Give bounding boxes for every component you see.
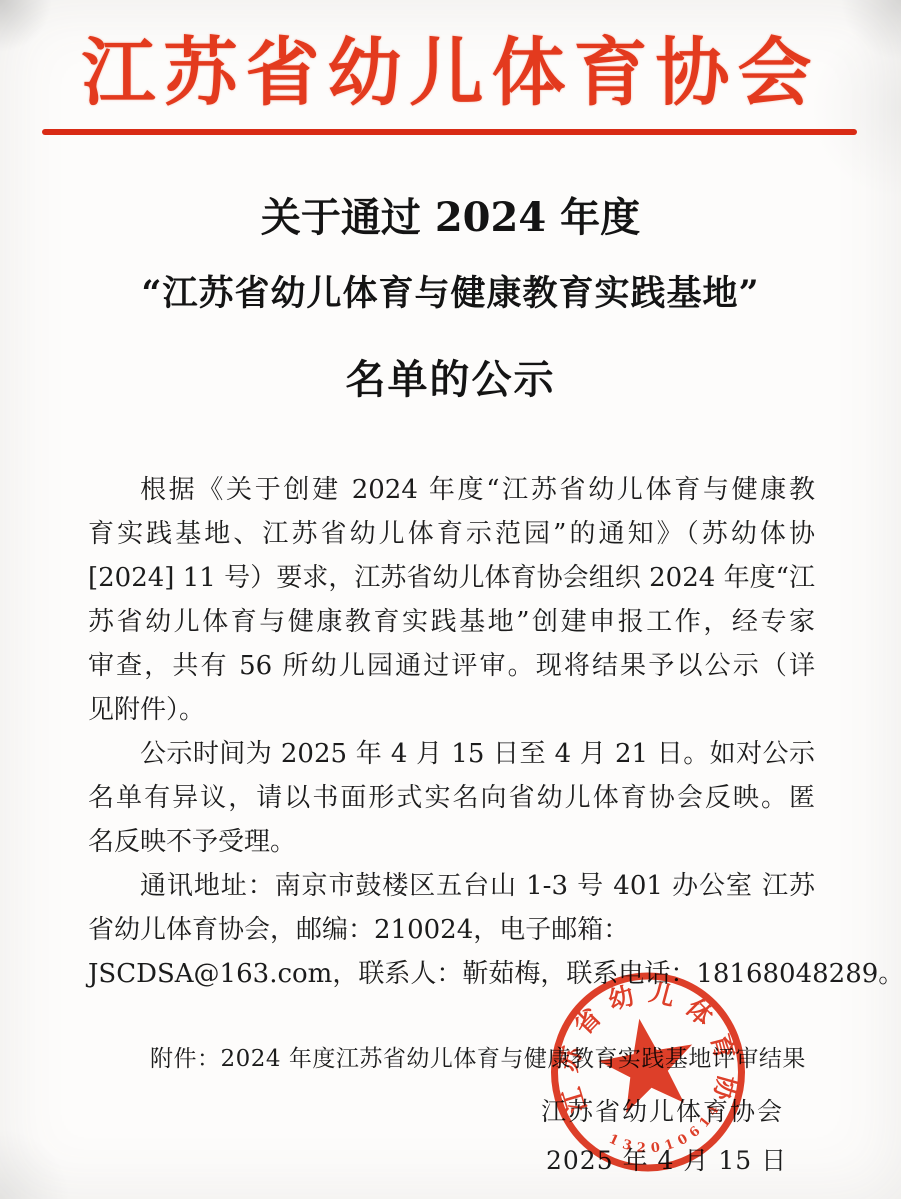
body-line: 公示时间为 2025 年 4 月 15 日至 4 月 21 日。如对公示 bbox=[88, 732, 815, 776]
body-line: 根据《关于创建 2024 年度“江苏省幼儿体育与健康教 bbox=[88, 468, 815, 512]
body-text: 根据《关于创建 2024 年度“江苏省幼儿体育与健康教 育实践基地、江苏省幼儿体… bbox=[88, 468, 815, 996]
letterhead-rule bbox=[42, 129, 857, 135]
doc-title-line-2: “江苏省幼儿体育与健康教育实践基地” bbox=[0, 266, 901, 316]
body-line: [2024] 11 号）要求，江苏省幼儿体育协会组织 2024 年度“江 bbox=[88, 556, 815, 600]
paragraph-publicity-period: 公示时间为 2025 年 4 月 15 日至 4 月 21 日。如对公示 名单有… bbox=[88, 732, 815, 864]
body-line: 见附件）。 bbox=[88, 688, 815, 732]
body-line: 审查，共有 56 所幼儿园通过评审。现将结果予以公示（详 bbox=[88, 644, 815, 688]
body-line: 育实践基地、江苏省幼儿体育示范园”的通知》（苏幼体协 bbox=[88, 512, 815, 556]
seal-star bbox=[599, 1019, 693, 1113]
body-line: 名单有异议，请以书面形式实名向省幼儿体育协会反映。匿 bbox=[88, 776, 815, 820]
doc-title-line-1: 关于通过 2024 年度 bbox=[0, 186, 901, 243]
official-seal: 江苏省幼儿体育协会 13201061437 bbox=[548, 972, 748, 1172]
body-line: 省幼儿体育协会，邮编：210024，电子邮箱： bbox=[88, 908, 815, 952]
body-line: 名反映不予受理。 bbox=[88, 820, 815, 864]
letterhead-org-name: 江苏省幼儿体育协会 bbox=[0, 14, 901, 120]
document-page: 江苏省幼儿体育协会 关于通过 2024 年度 “江苏省幼儿体育与健康教育实践基地… bbox=[0, 0, 901, 1199]
body-line: 苏省幼儿体育与健康教育实践基地”创建申报工作，经专家 bbox=[88, 600, 815, 644]
body-line: 通讯地址：南京市鼓楼区五台山 1-3 号 401 办公室 江苏 bbox=[88, 864, 815, 908]
doc-title-line-3: 名单的公示 bbox=[0, 348, 901, 405]
paragraph-basis: 根据《关于创建 2024 年度“江苏省幼儿体育与健康教 育实践基地、江苏省幼儿体… bbox=[88, 468, 815, 732]
